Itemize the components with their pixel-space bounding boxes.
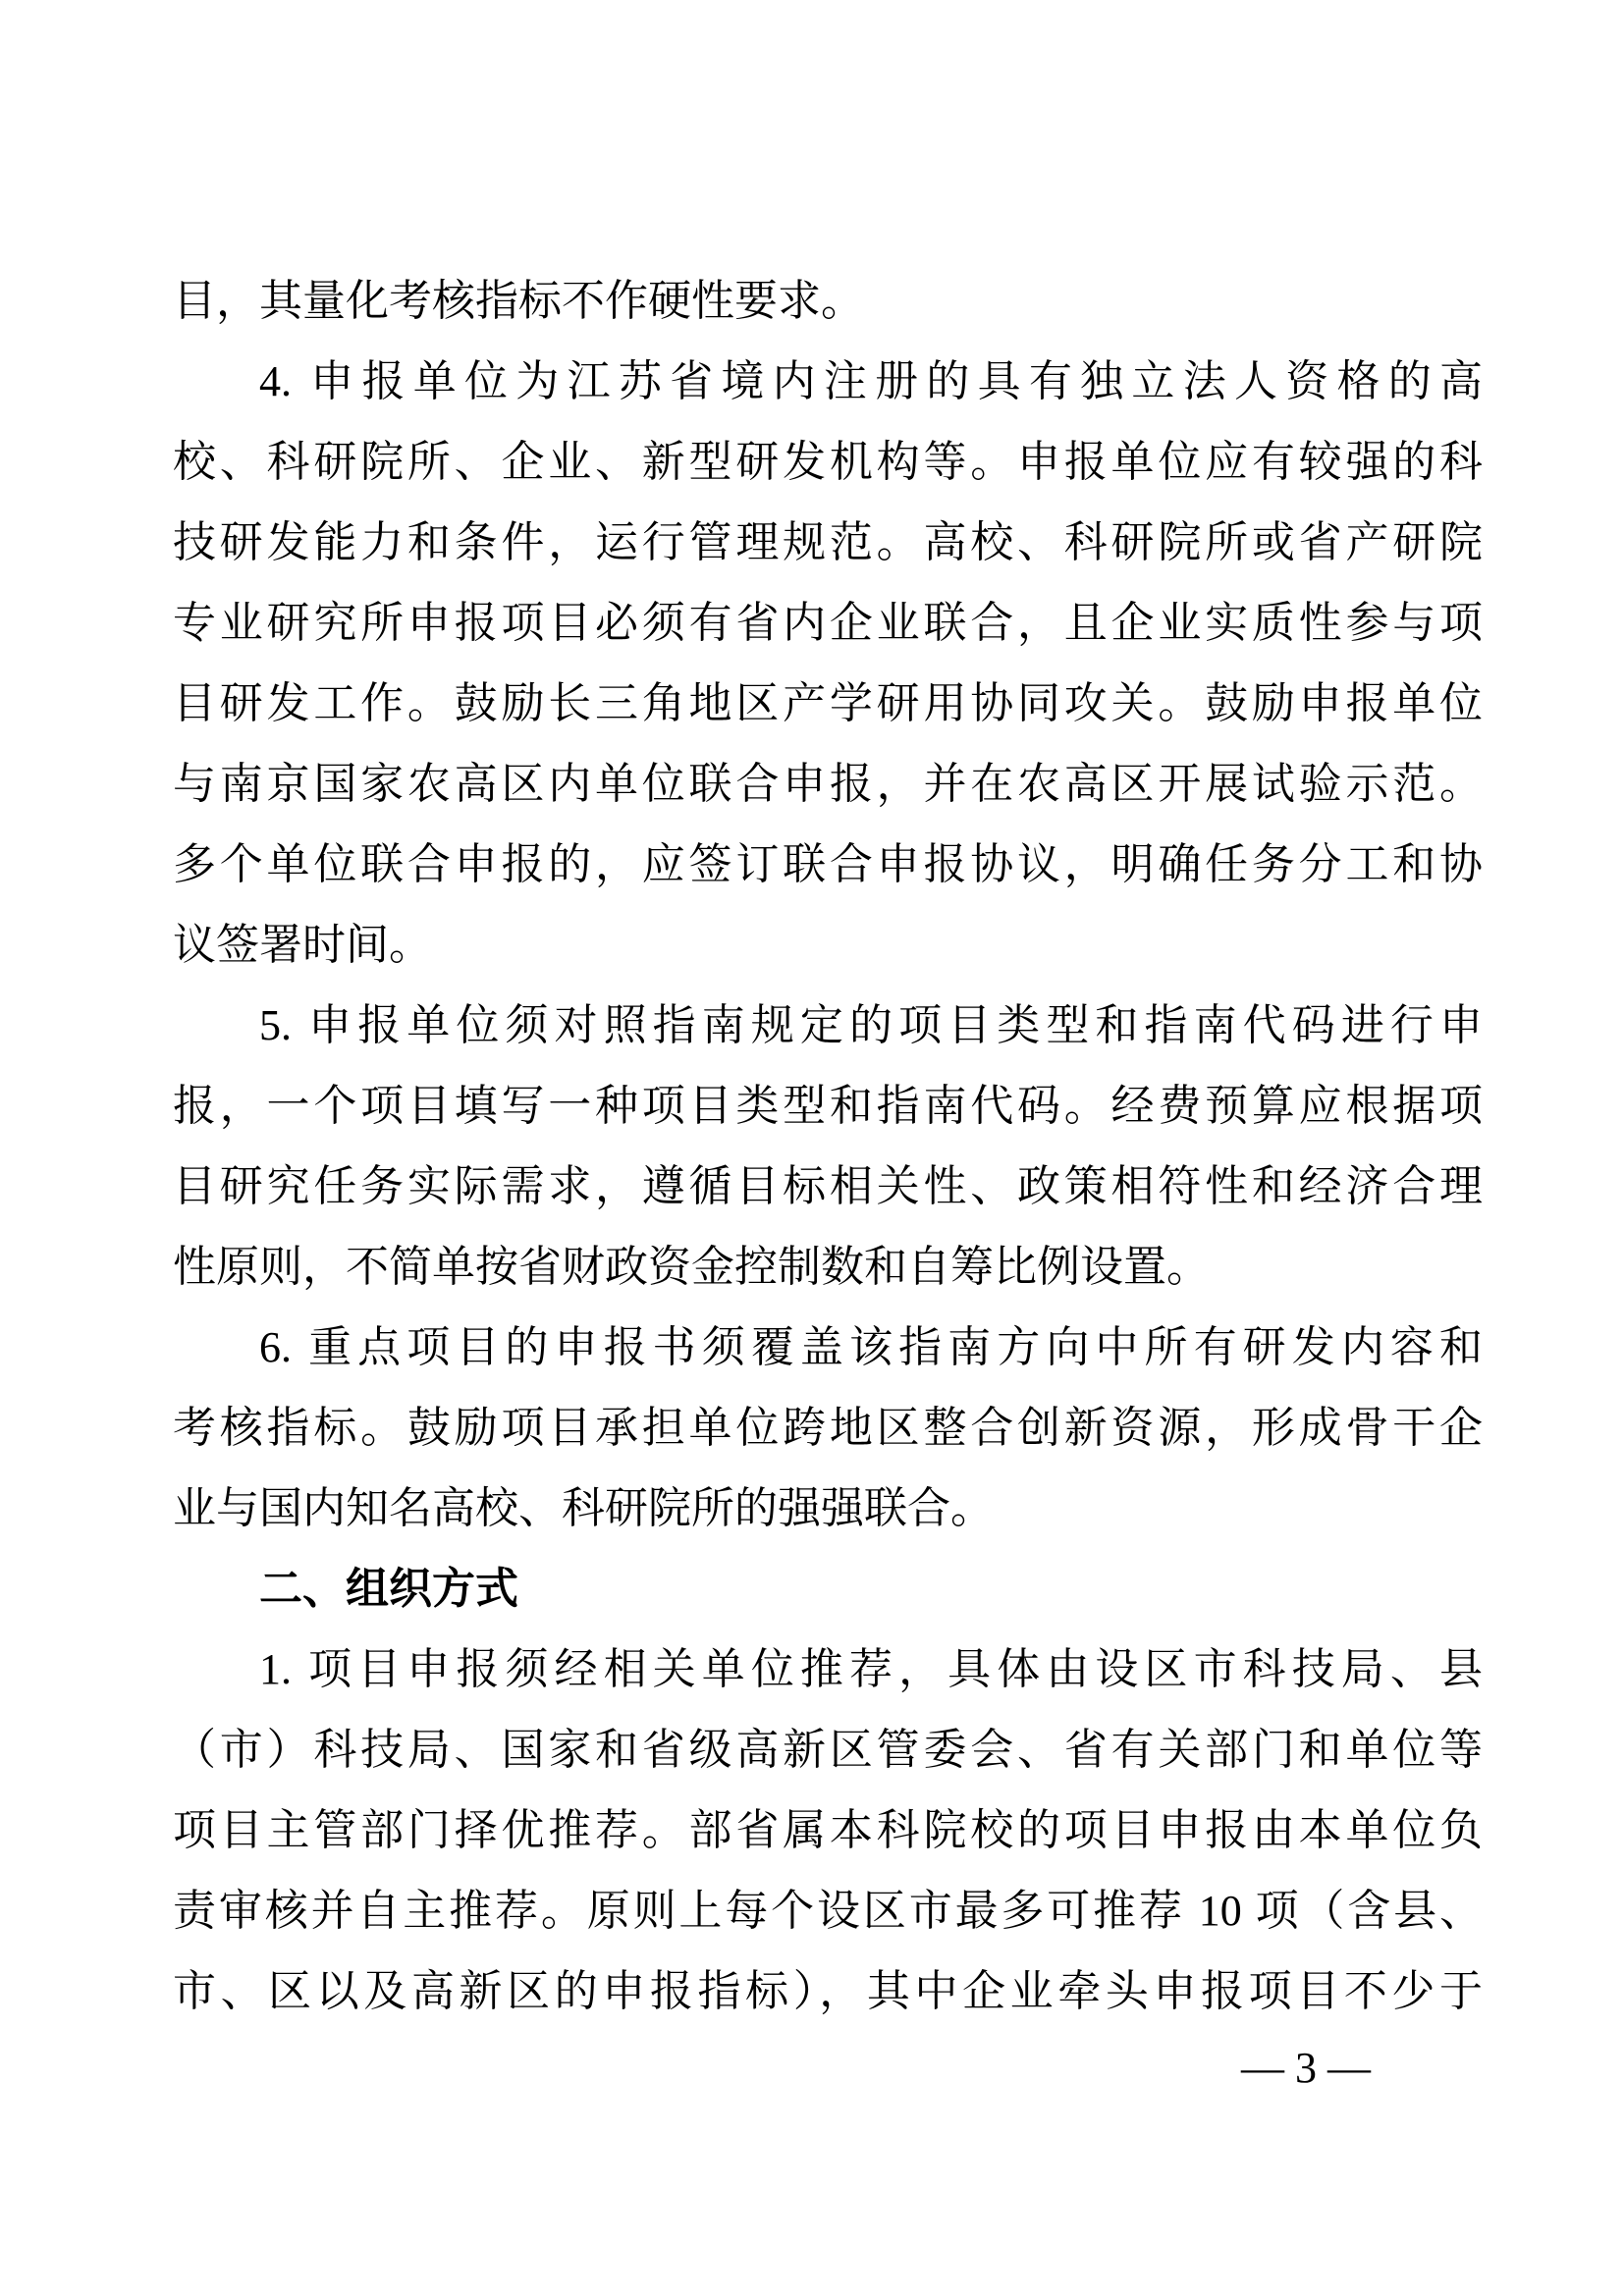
text-line: 与南京国家农高区内单位联合申报，并在农高区开展试验示范。: [173, 744, 1483, 825]
text-line: 4. 申报单位为江苏省境内注册的具有独立法人资格的高: [173, 342, 1483, 422]
document-body: 目，其量化考核指标不作硬性要求。4. 申报单位为江苏省境内注册的具有独立法人资格…: [173, 261, 1483, 2032]
text-line: 市、区以及高新区的申报指标），其中企业牵头申报项目不少于: [173, 1951, 1483, 2032]
text-line: 5. 申报单位须对照指南规定的项目类型和指南代码进行申: [173, 986, 1483, 1066]
text-line: 报，一个项目填写一种项目类型和指南代码。经费预算应根据项: [173, 1066, 1483, 1147]
text-line: 1. 项目申报须经相关单位推荐，具体由设区市科技局、县: [173, 1629, 1483, 1710]
text-line: 目研究任务实际需求，遵循目标相关性、政策相符性和经济合理: [173, 1147, 1483, 1227]
text-line: 多个单位联合申报的，应签订联合申报协议，明确任务分工和协: [173, 825, 1483, 905]
text-line: 考核指标。鼓励项目承担单位跨地区整合创新资源，形成骨干企: [173, 1388, 1483, 1468]
text-line: 项目主管部门择优推荐。部省属本科院校的项目申报由本单位负: [173, 1790, 1483, 1871]
section-heading: 二、组织方式: [173, 1549, 1483, 1629]
text-line: 责审核并自主推荐。原则上每个设区市最多可推荐 10 项（含县、: [173, 1871, 1483, 1951]
text-line: 专业研究所申报项目必须有省内企业联合，且企业实质性参与项: [173, 583, 1483, 664]
text-line: 目，其量化考核指标不作硬性要求。: [173, 261, 1483, 342]
text-line: 6. 重点项目的申报书须覆盖该指南方向中所有研发内容和: [173, 1308, 1483, 1388]
text-line: 目研发工作。鼓励长三角地区产学研用协同攻关。鼓励申报单位: [173, 664, 1483, 744]
text-line: （市）科技局、国家和省级高新区管委会、省有关部门和单位等: [173, 1710, 1483, 1790]
text-line: 性原则，不简单按省财政资金控制数和自筹比例设置。: [173, 1227, 1483, 1308]
document-page: 目，其量化考核指标不作硬性要求。4. 申报单位为江苏省境内注册的具有独立法人资格…: [0, 0, 1624, 2296]
page-number: — 3 —: [1241, 2044, 1371, 2093]
text-line: 校、科研院所、企业、新型研发机构等。申报单位应有较强的科: [173, 422, 1483, 503]
text-line: 技研发能力和条件，运行管理规范。高校、科研院所或省产研院: [173, 503, 1483, 583]
text-line: 议签署时间。: [173, 905, 1483, 986]
text-line: 业与国内知名高校、科研院所的强强联合。: [173, 1468, 1483, 1549]
